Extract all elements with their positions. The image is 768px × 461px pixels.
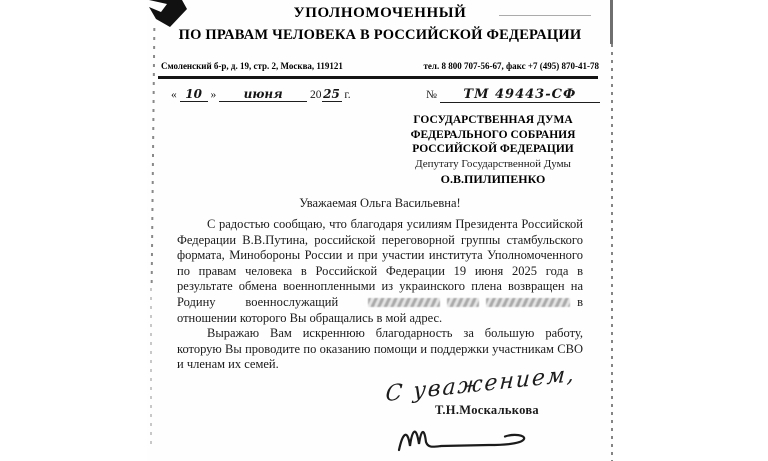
- letterhead-address: Смоленский б-р, д. 19, стр. 2, Москва, 1…: [161, 61, 343, 71]
- left-edge-perforation-faint: [150, 288, 152, 448]
- salutation: Уважаемая Ольга Васильевна!: [147, 196, 613, 211]
- body-paragraph-2: Выражаю Вам искреннюю благодарность за б…: [177, 326, 583, 373]
- recipient-org-line-2: ФЕДЕРАЛЬНОГО СОБРАНИЯ: [373, 128, 613, 143]
- recipient-org-line-3: РОССИЙСКОЙ ФЕДЕРАЦИИ: [373, 142, 613, 157]
- scan-canvas: УПОЛНОМОЧЕННЫЙ ПО ПРАВАМ ЧЕЛОВЕКА В РОСС…: [0, 0, 768, 461]
- date-day-value: 10: [180, 87, 208, 102]
- paragraph-1-text: С радостью сообщаю, что благодаря усилия…: [177, 217, 583, 309]
- date-month-value: июня: [219, 87, 307, 102]
- left-edge-perforation: [151, 28, 156, 283]
- redacted-text-block: [486, 298, 570, 307]
- doc-number-value: ТМ 49443-СФ: [440, 87, 600, 103]
- recipient-name: О.В.ПИЛИПЕНКО: [373, 172, 613, 187]
- date-field: « 10 » июня 2025 г.: [171, 87, 351, 102]
- letterhead-contacts: тел. 8 800 707-56-67, факс +7 (495) 870-…: [423, 61, 599, 71]
- number-sign: №: [426, 89, 437, 101]
- signature-flourish-icon: [393, 419, 543, 457]
- quote-close: »: [211, 89, 217, 101]
- right-edge-perforation: [611, 44, 613, 461]
- recipient-position: Депутату Государственной Думы: [373, 157, 613, 172]
- letterhead-subtitle: ПО ПРАВАМ ЧЕЛОВЕКА В РОССИЙСКОЙ ФЕДЕРАЦИ…: [147, 27, 613, 44]
- quote-open: «: [171, 89, 177, 101]
- redacted-text-block: [368, 298, 440, 307]
- letter-body: С радостью сообщаю, что благодаря усилия…: [177, 217, 583, 373]
- letterhead-title: УПОЛНОМОЧЕННЫЙ: [147, 5, 613, 22]
- date-year-prefix: 20: [310, 89, 322, 101]
- body-paragraph-1: С радостью сообщаю, что благодаря усилия…: [177, 217, 583, 326]
- recipient-block: ГОСУДАРСТВЕННАЯ ДУМА ФЕДЕРАЛЬНОГО СОБРАН…: [373, 113, 613, 187]
- letterhead-contact-row: Смоленский б-р, д. 19, стр. 2, Москва, 1…: [161, 61, 599, 71]
- redacted-text-block: [447, 298, 479, 307]
- signatory-name: Т.Н.Москалькова: [435, 403, 539, 418]
- date-year-suffix: г.: [344, 89, 350, 101]
- date-year-value: 25: [322, 87, 342, 102]
- recipient-org-line-1: ГОСУДАРСТВЕННАЯ ДУМА: [373, 113, 613, 128]
- letter-page: УПОЛНОМОЧЕННЫЙ ПО ПРАВАМ ЧЕЛОВЕКА В РОСС…: [147, 0, 613, 461]
- doc-number-field: № ТМ 49443-СФ: [426, 87, 600, 103]
- letterhead-rule: [158, 76, 598, 79]
